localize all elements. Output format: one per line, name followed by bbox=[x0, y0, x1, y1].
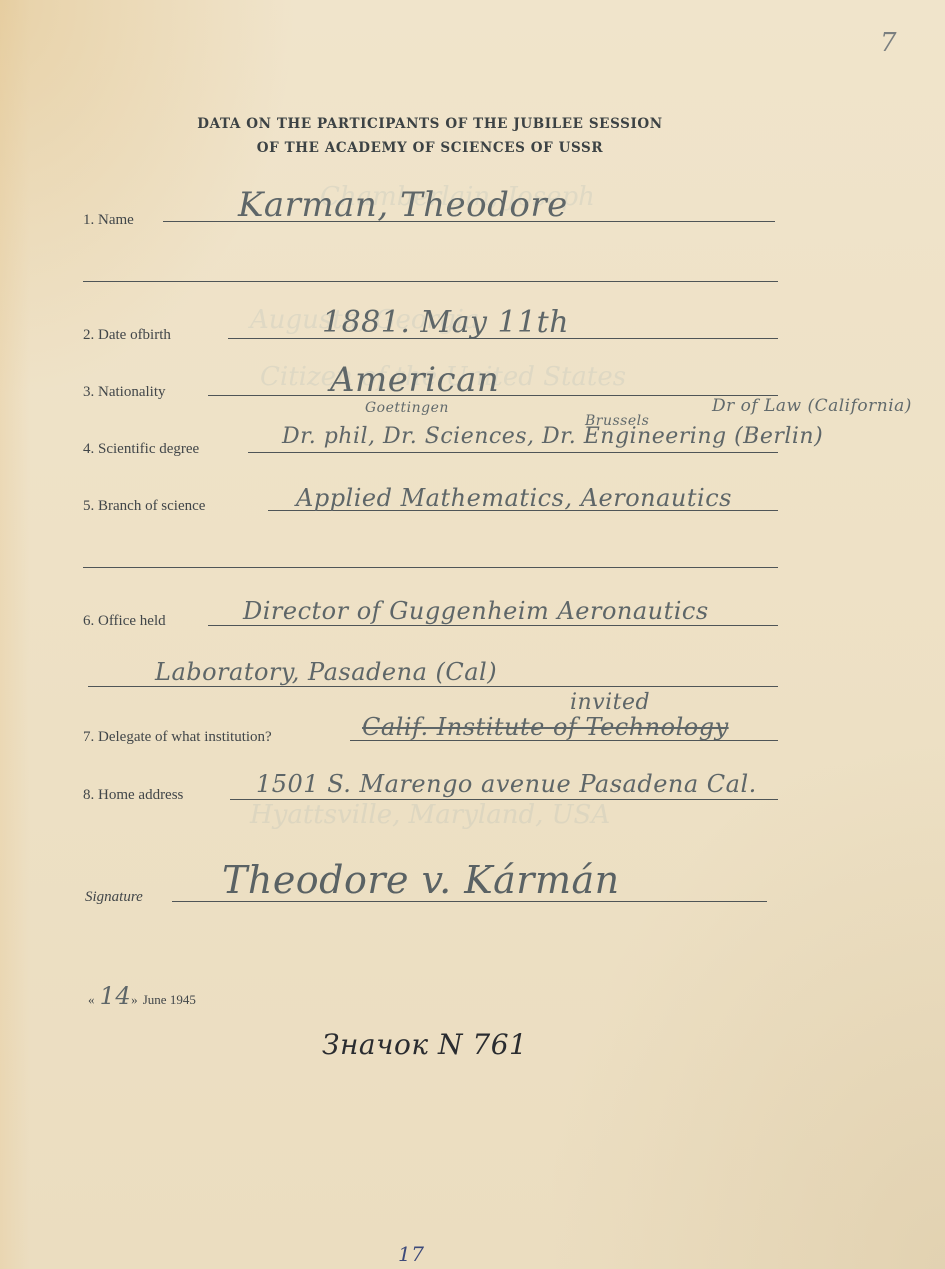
date-close-quote: » bbox=[131, 992, 138, 1007]
date-day: 14 bbox=[100, 982, 132, 1010]
date-of-birth-label: 2. Date ofbirth bbox=[83, 327, 171, 344]
branch-continuation-line bbox=[83, 567, 778, 568]
scientific-degree-value: Dr. phil, Dr. Sciences, Dr. Engineering … bbox=[282, 424, 823, 449]
signature-value: Theodore v. Kármán bbox=[222, 858, 620, 902]
office-value-line2: Laboratory, Pasadena (Cal) bbox=[155, 658, 497, 686]
form-date: « 14» June 1945 bbox=[88, 982, 196, 1010]
date-of-birth-value: 1881. May 11th bbox=[322, 305, 569, 340]
name-continuation-line bbox=[83, 281, 778, 282]
name-label: 1. Name bbox=[83, 212, 134, 229]
office-value-line1: Director of Guggenheim Aeronautics bbox=[243, 597, 709, 625]
page-number-bottom: 17 bbox=[398, 1242, 424, 1266]
branch-value: Applied Mathematics, Aeronautics bbox=[296, 484, 732, 512]
bleed-through-text: Hyattsville, Maryland, USA bbox=[250, 800, 610, 830]
scientific-degree-line bbox=[248, 452, 778, 453]
nationality-label: 3. Nationality bbox=[83, 384, 166, 401]
nationality-value: American bbox=[330, 360, 499, 400]
badge-note: Значок N 761 bbox=[322, 1028, 527, 1061]
home-address-label: 8. Home address bbox=[83, 787, 183, 804]
date-month-year: June 1945 bbox=[143, 992, 196, 1007]
form-title-line-2: OF THE ACADEMY OF SCIENCES OF USSR bbox=[0, 140, 860, 156]
office-line bbox=[208, 625, 778, 626]
office-label: 6. Office held bbox=[83, 613, 166, 630]
delegate-struck-value: Calif. Institute of Technology bbox=[362, 713, 729, 741]
signature-label: Signature bbox=[85, 889, 143, 906]
degree-annotation-law: Dr of Law (California) bbox=[712, 396, 912, 416]
date-open-quote: « bbox=[88, 992, 95, 1007]
branch-label: 5. Branch of science bbox=[83, 498, 205, 515]
home-address-value: 1501 S. Marengo avenue Pasadena Cal. bbox=[256, 770, 757, 798]
delegate-correction: invited bbox=[570, 690, 650, 715]
office-continuation-line bbox=[88, 686, 778, 687]
home-address-line bbox=[230, 799, 778, 800]
scientific-degree-label: 4. Scientific degree bbox=[83, 441, 199, 458]
name-value: Karman, Theodore bbox=[238, 185, 568, 225]
form-title-line-1: DATA ON THE PARTICIPANTS OF THE JUBILEE … bbox=[0, 116, 860, 132]
degree-annotation-goettingen: Goettingen bbox=[365, 400, 449, 416]
page-number-top: 7 bbox=[880, 28, 897, 58]
delegate-label: 7. Delegate of what institution? bbox=[83, 729, 272, 746]
